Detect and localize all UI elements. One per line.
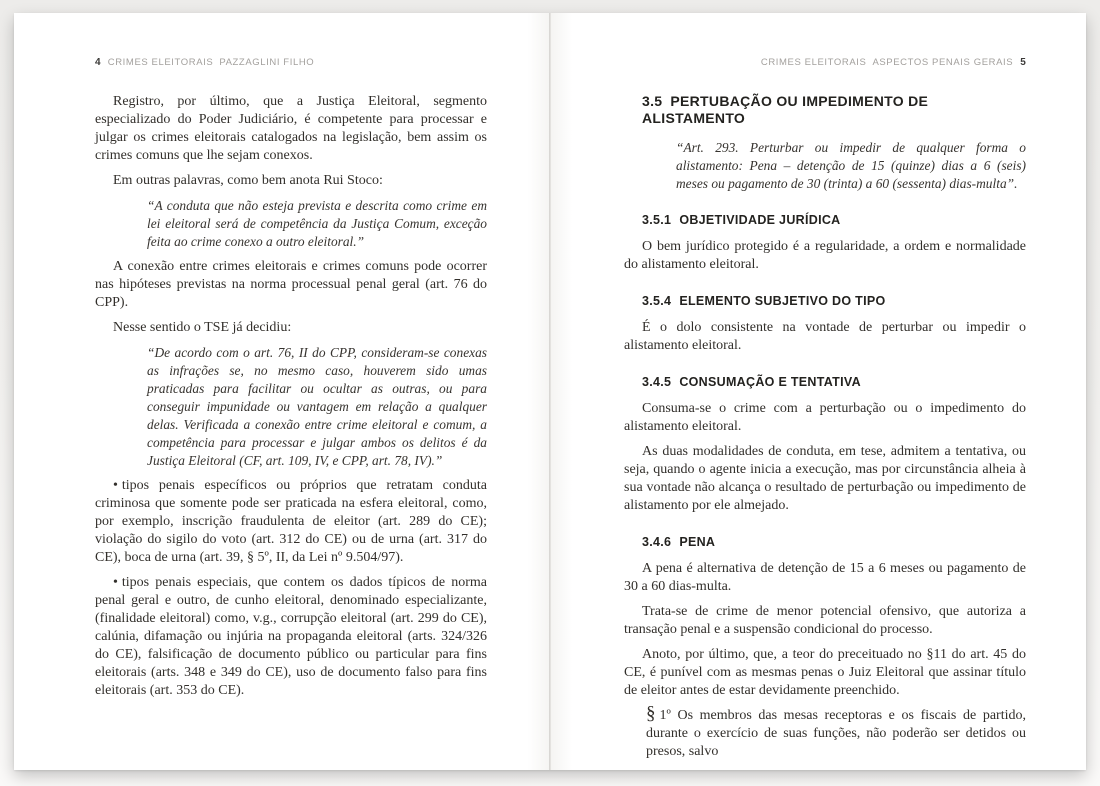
subsection-heading: 3.5.4ELEMENTO SUBJETIVO DO TIPO (642, 294, 1026, 309)
running-author: PAZZAGLINI FILHO (219, 57, 314, 68)
paragraph: As duas modalidades de conduta, em tese,… (624, 443, 1026, 515)
section-sign: § (646, 703, 656, 724)
subsection-number: 3.4.6 (642, 535, 671, 549)
paragraph: Consuma-se o crime com a perturbação ou … (624, 400, 1026, 436)
bullet-item: •tipos penais especiais, que contem os d… (95, 574, 487, 700)
page-right: CRIMES ELEITORAISASPECTOS PENAIS GERAIS5… (551, 13, 1086, 770)
subsection-number: 3.4.5 (642, 375, 671, 389)
paragraph: Registro, por último, que a Justiça Elei… (95, 93, 487, 165)
paragraph: Em outras palavras, como bem anota Rui S… (95, 172, 487, 190)
legal-text: 1º Os membros das mesas receptoras e os … (646, 708, 1026, 759)
paragraph: A pena é alternativa de detenção de 15 a… (624, 560, 1026, 596)
subsection-title: PENA (679, 535, 715, 549)
page-number-right: 5 (1020, 57, 1026, 68)
bullet-text: tipos penais específicos ou próprios que… (95, 478, 487, 565)
subsection-title: ELEMENTO SUBJETIVO DO TIPO (679, 294, 885, 308)
page-left: 4CRIMES ELEITORAISPAZZAGLINI FILHO Regis… (14, 13, 549, 770)
desk-background: 4CRIMES ELEITORAISPAZZAGLINI FILHO Regis… (0, 0, 1100, 786)
block-quote: “A conduta que não esteja prevista e des… (147, 197, 487, 251)
page-number-left: 4 (95, 57, 101, 68)
paragraph: É o dolo consistente na vontade de pertu… (624, 319, 1026, 355)
subsection-number: 3.5.1 (642, 213, 671, 227)
section-heading: 3.5PERTUBAÇÃO OU IMPEDIMENTO DE ALISTAME… (642, 93, 1026, 127)
paragraph: A conexão entre crimes eleitorais e crim… (95, 258, 487, 312)
bullet-marker: • (113, 478, 118, 493)
subsection-heading: 3.4.6PENA (642, 535, 1026, 550)
paragraph: Nesse sentido o TSE já decidiu: (95, 319, 487, 337)
subsection-heading: 3.4.5CONSUMAÇÃO E TENTATIVA (642, 375, 1026, 390)
subsection-heading: 3.5.1OBJETIVIDADE JURÍDICA (642, 213, 1026, 228)
running-chapter-title: ASPECTOS PENAIS GERAIS (872, 57, 1013, 68)
legal-paragraph: §1º Os membros das mesas receptoras e os… (646, 707, 1026, 761)
running-book-title: CRIMES ELEITORAIS (108, 57, 214, 68)
section-number: 3.5 (642, 93, 662, 109)
bullet-text: tipos penais especiais, que contem os da… (95, 575, 487, 698)
subsection-title: CONSUMAÇÃO E TENTATIVA (679, 375, 861, 389)
paragraph: O bem jurídico protegido é a regularidad… (624, 238, 1026, 274)
block-quote: “Art. 293. Perturbar ou impedir de qualq… (676, 139, 1026, 193)
subsection-number: 3.5.4 (642, 294, 671, 308)
paragraph: Trata-se de crime de menor potencial ofe… (624, 603, 1026, 639)
running-header-right: CRIMES ELEITORAISASPECTOS PENAIS GERAIS5 (624, 56, 1026, 70)
book-spread: 4CRIMES ELEITORAISPAZZAGLINI FILHO Regis… (14, 13, 1086, 770)
bullet-marker: • (113, 575, 118, 590)
running-header-left: 4CRIMES ELEITORAISPAZZAGLINI FILHO (95, 56, 487, 70)
subsection-title: OBJETIVIDADE JURÍDICA (679, 213, 840, 227)
running-book-title: CRIMES ELEITORAIS (761, 57, 867, 68)
bullet-item: •tipos penais específicos ou próprios qu… (95, 477, 487, 567)
paragraph: Anoto, por último, que, a teor do precei… (624, 646, 1026, 700)
section-title: PERTUBAÇÃO OU IMPEDIMENTO DE ALISTAMENTO (642, 93, 928, 126)
block-quote: “De acordo com o art. 76, II do CPP, con… (147, 344, 487, 470)
